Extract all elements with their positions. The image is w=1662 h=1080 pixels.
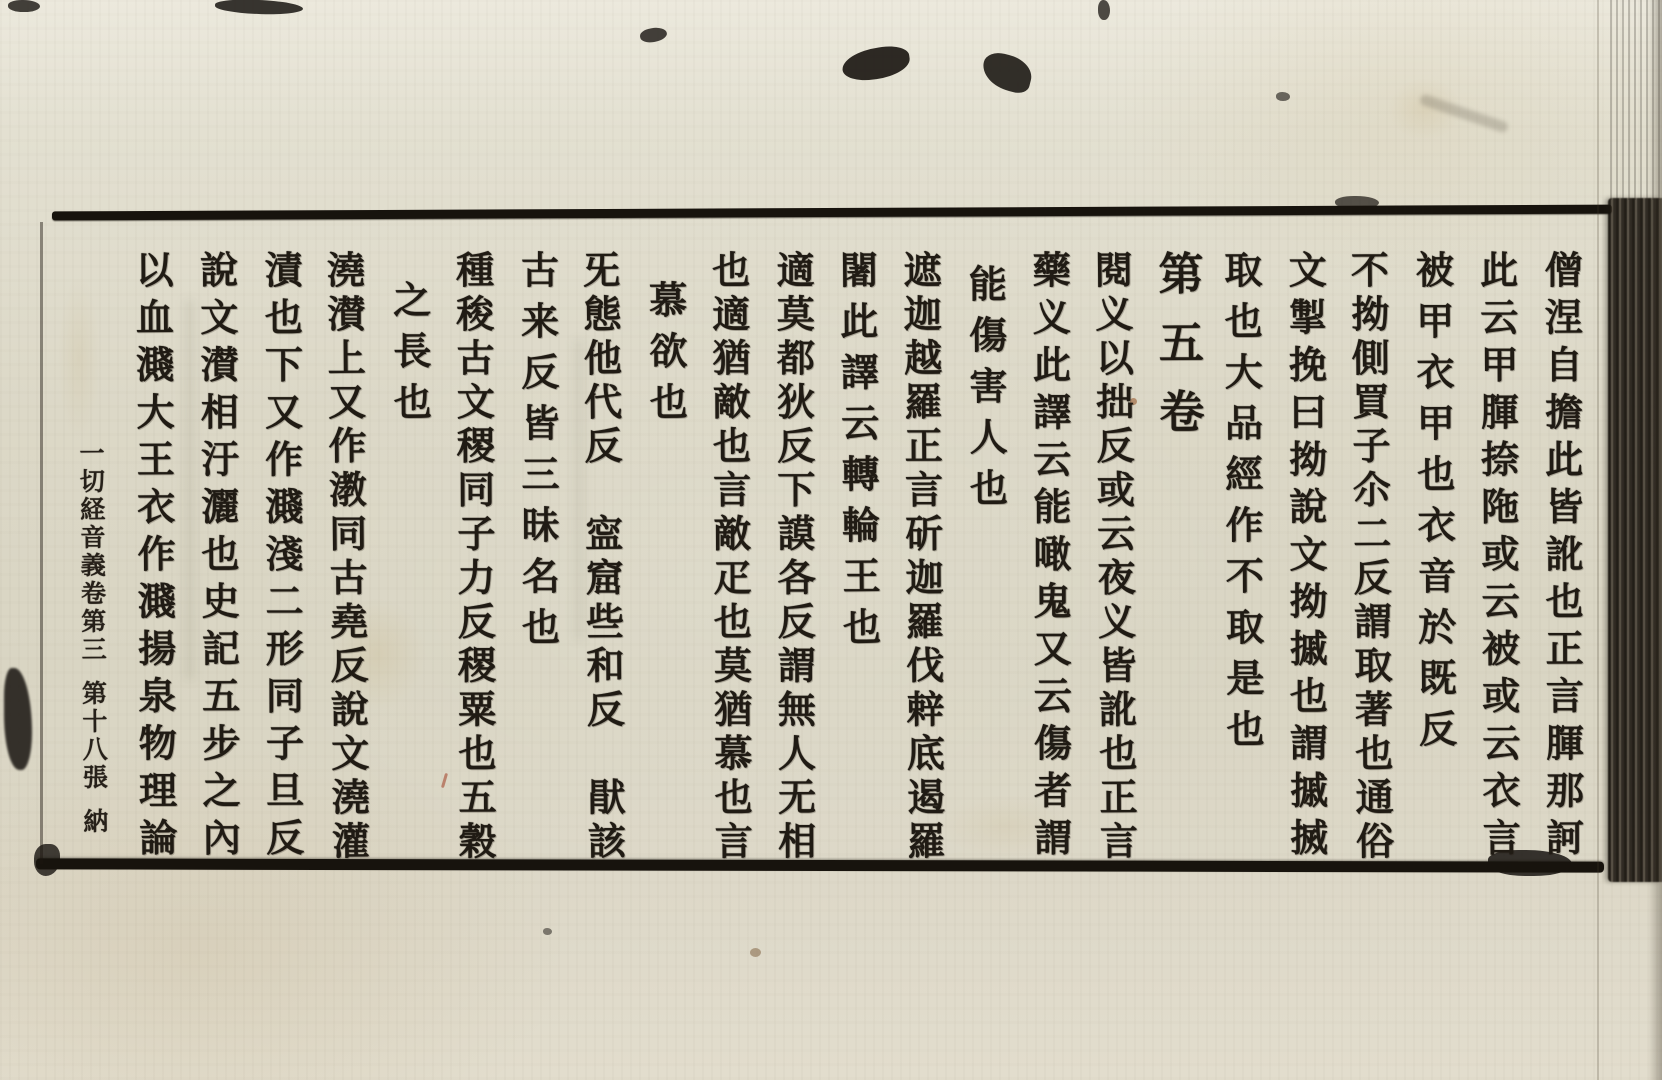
text-column: 也適猶敵也言敵疋也莫猶慕也言 [699, 250, 760, 865]
text-column: 能傷害人也 [955, 264, 1014, 519]
colophon-column: 一切経音義卷第三第十八張納 [72, 440, 112, 836]
colophon-binder-mark: 納 [80, 808, 109, 836]
text-column: 文掣挽曰拗說文拗摵也謂摵搣 [1275, 250, 1335, 865]
text-column: 取也大品經作不取是也 [1211, 250, 1271, 760]
text-column: 適莫都狄反下謨各反謂無人无相 [763, 250, 823, 865]
text-column: 之長也 [379, 280, 438, 433]
text-block: 僧涅自擔此皆訛也正言腪那訶此云甲腪捺陁或云被或云衣言被甲衣甲也衣音於既反不拗側買… [0, 0, 1662, 1080]
text-column: 僧涅自擔此皆訛也正言腪那訶 [1531, 250, 1591, 865]
text-column: 說文濽相汙灑也史記五步之內 [187, 250, 248, 865]
text-column: 藥义此譯云能噉鬼又云傷者謂 [1019, 250, 1079, 865]
text-column: 被甲衣甲也衣音於既反 [1402, 250, 1463, 760]
text-column: 以血濺大王衣作濺揚泉物理論 [122, 250, 184, 865]
colophon-title: 一切経音義卷第三 [76, 440, 107, 664]
text-column: 漬也下又作濺淺二形同子旦反 [251, 250, 311, 865]
text-column: 闍此譯云轉輪王也 [826, 250, 888, 659]
text-column: 遮迦越羅正言斫迦羅伐辢底遏羅 [890, 250, 952, 865]
manuscript-page: 僧涅自擔此皆訛也正言腪那訶此云甲腪捺陁或云被或云衣言被甲衣甲也衣音於既反不拗側買… [0, 0, 1662, 1080]
text-column: 種稄古文稷同子力反稷粟也五穀 [443, 250, 504, 865]
text-column: 閱义以拙反或云夜义皆訛也正言 [1081, 250, 1144, 865]
volume-header-column: 第五卷 [1147, 250, 1206, 457]
text-column: 澆濽上又作漖同古堯反說文澆灌 [313, 250, 376, 865]
text-column: 旡態他代反 寍窟些和反 猒該 [569, 250, 632, 865]
colophon-sheet-number: 第十八張 [78, 680, 108, 792]
text-column: 古来反皆三昧名也 [507, 250, 566, 658]
text-column: 不拗側買子尒二反謂取著也通俗 [1337, 250, 1400, 865]
text-column: 此云甲腪捺陁或云被或云衣言 [1467, 250, 1528, 865]
text-column: 慕欲也 [635, 280, 694, 433]
